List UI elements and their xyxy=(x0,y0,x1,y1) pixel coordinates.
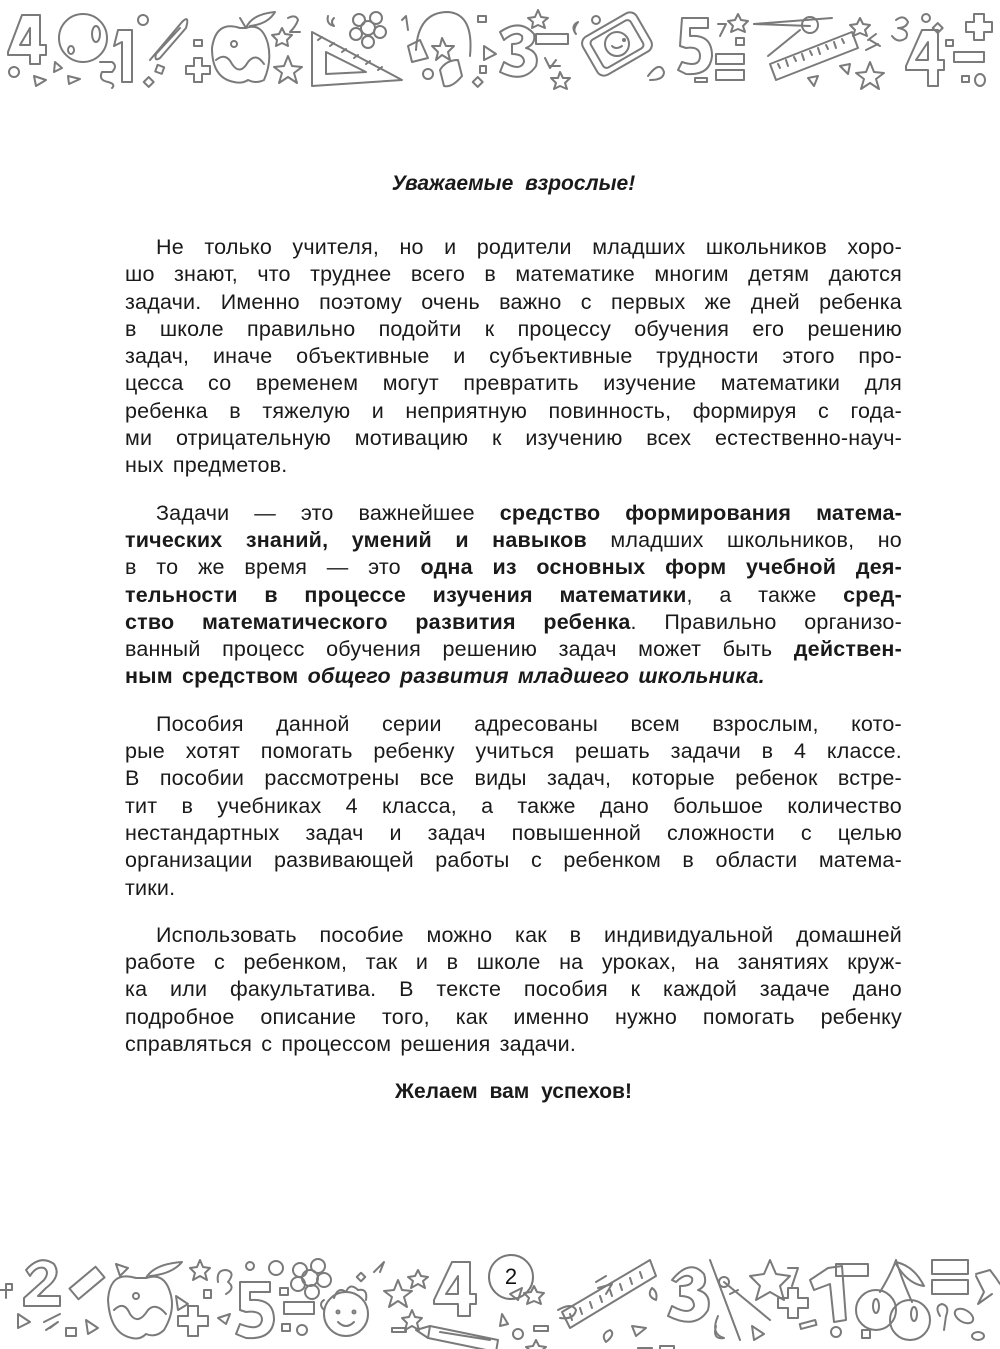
word: дано xyxy=(600,793,649,820)
number-four-doodle-icon xyxy=(8,15,46,64)
word: же xyxy=(198,554,225,581)
word: многим xyxy=(654,261,728,288)
word: изучению xyxy=(525,425,622,452)
word: задач xyxy=(428,820,486,847)
word: учителя, xyxy=(292,234,379,261)
word: в xyxy=(762,738,774,765)
ruler-doodle-icon-bottom xyxy=(562,1260,656,1328)
plus-doodle-icon-right xyxy=(966,14,992,40)
word: естественно-науч- xyxy=(715,425,902,452)
word: в xyxy=(447,949,459,976)
word: В xyxy=(399,976,414,1003)
word: в xyxy=(229,398,241,425)
word: задач xyxy=(305,820,363,847)
word: адресованы xyxy=(474,711,598,738)
word: математики, xyxy=(559,582,692,609)
closing-greeting: Желаем вам успехов! xyxy=(125,1078,902,1105)
word: организации xyxy=(125,847,252,874)
word: как xyxy=(456,1004,488,1031)
word: решать xyxy=(575,738,650,765)
word: которые xyxy=(631,765,714,792)
word: умений xyxy=(352,527,432,554)
word: также xyxy=(758,582,816,609)
text-line: Задачи—этоважнейшеесредствоформированиям… xyxy=(125,500,902,527)
number-five-doodle-icon-bottom xyxy=(236,1282,274,1338)
word: также xyxy=(517,793,575,820)
flower-doodle-icon xyxy=(350,12,386,48)
word: цесса xyxy=(125,370,184,397)
number-four-doodle-icon-right xyxy=(906,30,944,86)
paragraph: Задачи—этоважнейшеесредствоформированиям… xyxy=(125,500,902,691)
word: — xyxy=(327,554,349,581)
word: тических xyxy=(125,527,222,554)
word: знают, xyxy=(174,261,238,288)
word: области xyxy=(716,847,798,874)
word: дея- xyxy=(856,554,902,581)
word: шо xyxy=(125,261,155,288)
word: пособия xyxy=(524,976,608,1003)
word: но xyxy=(399,234,423,261)
word: в xyxy=(264,582,277,609)
word: в xyxy=(181,793,193,820)
word: и xyxy=(455,527,468,554)
text-line: Пособияданнойсерииадресованывсемвзрослым… xyxy=(125,711,902,738)
word: дней xyxy=(751,289,800,316)
bold-text: ным средством xyxy=(125,664,308,688)
text-line: Использоватьпособиеможнокаквиндивидуальн… xyxy=(125,922,902,949)
word: решению xyxy=(807,316,902,343)
text-line: ным средством общего развития младшего ш… xyxy=(125,663,902,690)
word: правильно xyxy=(247,316,355,343)
document-body: Уважаемые взрослые! Нетолькоучителя,ноир… xyxy=(125,170,902,1105)
word: тельности xyxy=(125,582,238,609)
word: класса, xyxy=(382,793,457,820)
word: трудности xyxy=(656,343,758,370)
word: учебной xyxy=(746,554,836,581)
word: повинность, xyxy=(549,398,672,425)
word: а xyxy=(481,793,493,820)
word: задач, xyxy=(547,765,611,792)
text-line: ребенкавтяжелуюинеприятнуюповинность,фор… xyxy=(125,398,902,425)
word: обучения xyxy=(326,636,421,663)
word: всего xyxy=(411,261,465,288)
word: индивидуальной xyxy=(604,922,773,949)
word: одна xyxy=(421,554,473,581)
bottom-decorative-border xyxy=(0,1230,1000,1349)
word: на xyxy=(559,949,583,976)
word: данной xyxy=(276,711,349,738)
word: задачи. xyxy=(125,289,201,316)
word: взрослым, xyxy=(712,711,818,738)
flower-doodle-icon-bottom xyxy=(291,1259,331,1299)
word: домашней xyxy=(796,922,902,949)
text-line: титвучебниках4класса,атакжеданобольшоеко… xyxy=(125,793,902,820)
text-line: тики. xyxy=(125,875,902,902)
word: Именно xyxy=(221,289,300,316)
word: подойти xyxy=(379,316,462,343)
word: важно xyxy=(499,289,561,316)
word: на xyxy=(695,949,719,976)
word: очень xyxy=(421,289,480,316)
word: даются xyxy=(829,261,902,288)
word: 4 xyxy=(346,793,358,820)
word: работе xyxy=(125,949,195,976)
text-line: каилифакультатива.Втекстепособияккаждойз… xyxy=(125,976,902,1003)
plus-doodle-icon xyxy=(186,58,210,82)
word: помогать xyxy=(261,738,353,765)
word: основных xyxy=(536,554,645,581)
top-decorative-border xyxy=(0,0,1000,100)
word: ребенком, xyxy=(243,949,347,976)
word: к xyxy=(485,316,495,343)
word: изучения xyxy=(433,582,533,609)
word: и xyxy=(444,234,456,261)
word: развивающей xyxy=(274,847,414,874)
number-two-doodle-icon xyxy=(24,1260,60,1306)
word: тяжелую xyxy=(262,398,350,425)
document-title: Уважаемые взрослые! xyxy=(125,170,902,197)
word: помогать xyxy=(703,1004,795,1031)
text-line: миотрицательнуюмотивациюкизучениювсехест… xyxy=(125,425,902,452)
paragraph: Пособияданнойсерииадресованывсемвзрослым… xyxy=(125,711,902,902)
word: серии xyxy=(382,711,442,738)
word: с xyxy=(801,820,812,847)
word: его xyxy=(752,316,784,343)
word: ребенка xyxy=(125,398,208,425)
word: неприятную xyxy=(405,398,527,425)
word: так xyxy=(366,949,398,976)
word: может xyxy=(638,636,701,663)
paragraph: Использоватьпособиеможнокаквиндивидуальн… xyxy=(125,922,902,1058)
word: хоро- xyxy=(847,234,902,261)
word: но xyxy=(878,527,902,554)
word: как xyxy=(515,922,547,949)
word: дано xyxy=(853,976,902,1003)
word: родители xyxy=(477,234,572,261)
word: это xyxy=(368,554,401,581)
text-line: задач,иначеобъективныеисубъективныетрудн… xyxy=(125,343,902,370)
text-run: тики. xyxy=(125,876,175,900)
word: уроках, xyxy=(602,949,676,976)
word: целью xyxy=(838,820,902,847)
text-line: рыехотятпомогатьребенкуучитьсярешатьзада… xyxy=(125,738,902,765)
text-line: шознают,чтотруднеевсеговматематикемногим… xyxy=(125,261,902,288)
word: форм xyxy=(665,554,726,581)
word: объективные xyxy=(296,343,429,370)
word: и xyxy=(416,949,428,976)
star-doodle-icon xyxy=(274,56,302,83)
word: рассмотрены xyxy=(264,765,399,792)
word: субъективные xyxy=(489,343,632,370)
word: В xyxy=(125,765,140,792)
word: только xyxy=(204,234,272,261)
word: и xyxy=(372,398,384,425)
word: средство xyxy=(500,500,601,527)
word: задач, xyxy=(125,343,189,370)
word: знаний, xyxy=(246,527,328,554)
word: действен- xyxy=(794,636,902,663)
plus-doodle-icon-bottom xyxy=(178,1306,208,1336)
word: школе xyxy=(160,316,224,343)
word: рые xyxy=(125,738,165,765)
word: ребенка. xyxy=(543,609,636,636)
word: сложности xyxy=(667,820,775,847)
word: матема- xyxy=(816,500,902,527)
word: иначе xyxy=(213,343,273,370)
word: ребенку xyxy=(373,738,454,765)
text-line: справляться с процессом решения задачи. xyxy=(125,1031,902,1058)
word: ребенка xyxy=(819,289,902,316)
number-five-doodle-icon xyxy=(678,18,712,74)
word: классе. xyxy=(827,738,902,765)
word: в xyxy=(125,554,137,581)
paperclip-doodle-icon xyxy=(150,19,187,60)
word: 4 xyxy=(794,738,806,765)
word: формируя xyxy=(693,398,797,425)
text-line: нестандартныхзадачизадачповышеннойсложно… xyxy=(125,820,902,847)
word: про- xyxy=(858,343,902,370)
word: труднее xyxy=(310,261,391,288)
text-run: ных предметов. xyxy=(125,453,287,477)
bold-italic-text: общего развития младшего школьника. xyxy=(308,664,765,688)
text-line: втожевремя—этооднаизосновныхформучебнойд… xyxy=(125,554,902,581)
word: временем xyxy=(256,370,358,397)
smiling-face-doodle-icon xyxy=(321,1286,368,1336)
word: процессу xyxy=(518,316,611,343)
word: ребенку xyxy=(821,1004,902,1031)
word: навыков xyxy=(492,527,587,554)
word: школе xyxy=(477,949,541,976)
word: ребенком xyxy=(563,847,661,874)
word: года- xyxy=(850,398,902,425)
word: что xyxy=(257,261,290,288)
word: задаче xyxy=(760,976,830,1003)
paragraphs-container: Нетолькоучителя,ноиродителимладшихшкольн… xyxy=(125,234,902,1058)
apple-doodle-icon xyxy=(212,12,275,83)
word: математики xyxy=(721,370,840,397)
word: количество xyxy=(787,793,902,820)
text-line: цессасовременеммогутпревратитьизучениема… xyxy=(125,370,902,397)
word: Не xyxy=(156,234,184,261)
pencil-doodle-icon xyxy=(416,1326,498,1349)
word: всех xyxy=(646,425,691,452)
text-line: организацииразвивающейработысребенкомвоб… xyxy=(125,847,902,874)
word: Пособия xyxy=(156,711,244,738)
word: работы xyxy=(435,847,509,874)
word: пособие xyxy=(320,922,404,949)
word: ми xyxy=(125,425,152,452)
text-run: справляться с процессом решения задачи. xyxy=(125,1032,576,1056)
word: быть xyxy=(723,636,773,663)
word: в xyxy=(484,261,496,288)
word: всем xyxy=(630,711,679,738)
word: описание xyxy=(260,1004,356,1031)
number-three-doodle-icon-bottom xyxy=(668,1267,709,1322)
text-line: Нетолькоучителя,ноиродителимладшихшкольн… xyxy=(125,234,902,261)
number-one-doodle-icon xyxy=(810,1266,846,1322)
word: сред- xyxy=(843,582,902,609)
word: детям xyxy=(748,261,809,288)
text-line: работесребенком,такившколенауроках,назан… xyxy=(125,949,902,976)
text-line: подробноеописаниетого,какименнонужнопомо… xyxy=(125,1004,902,1031)
word: формирования xyxy=(625,500,791,527)
word: мотивацию xyxy=(355,425,469,452)
word: ство xyxy=(125,609,174,636)
word: и xyxy=(389,820,401,847)
word: задачи xyxy=(671,738,741,765)
word: большое xyxy=(673,793,763,820)
number-three-doodle-icon xyxy=(500,25,537,76)
word: занятиях xyxy=(738,949,829,976)
word: матема- xyxy=(819,847,902,874)
word: ванный xyxy=(125,636,201,663)
word: с xyxy=(818,398,829,425)
text-line: тельностивпроцессеизученияматематики,ата… xyxy=(125,582,902,609)
word: каждой xyxy=(663,976,737,1003)
word: школьников xyxy=(706,234,827,261)
word: математике xyxy=(515,261,635,288)
word: изучение xyxy=(603,370,696,397)
word: это xyxy=(301,500,334,527)
text-line: ствоматематическогоразвитияребенка.Прави… xyxy=(125,609,902,636)
word: нестандартных xyxy=(125,820,280,847)
word: факультатива. xyxy=(230,976,376,1003)
word: Правильно xyxy=(664,609,776,636)
word: школьников, xyxy=(727,527,854,554)
word: младших xyxy=(592,234,685,261)
word: решению xyxy=(443,636,538,663)
number-four-doodle-icon-bottom xyxy=(434,1262,476,1316)
word: и xyxy=(453,343,465,370)
word: ребенок xyxy=(735,765,817,792)
word: все xyxy=(420,765,455,792)
word: из xyxy=(492,554,516,581)
word: важнейшее xyxy=(358,500,474,527)
word: со xyxy=(208,370,231,397)
word: процессе xyxy=(304,582,406,609)
word: время xyxy=(244,554,307,581)
word: пособии xyxy=(160,765,244,792)
word: в xyxy=(125,316,137,343)
word: первых xyxy=(611,289,685,316)
word: а xyxy=(719,582,731,609)
word: организо- xyxy=(804,609,902,636)
word: поэтому xyxy=(319,289,402,316)
word: развития xyxy=(415,609,515,636)
text-line: тическихзнаний,уменийинавыковмладшихшкол… xyxy=(125,527,902,554)
word: — xyxy=(254,500,276,527)
word: задач xyxy=(559,636,617,663)
word: к xyxy=(631,976,641,1003)
word: к xyxy=(492,425,502,452)
word: для xyxy=(865,370,902,397)
phone-doodle-icon xyxy=(579,9,655,78)
ball-doodle-icon xyxy=(59,14,107,62)
word: в xyxy=(682,847,694,874)
word: хотят xyxy=(186,738,240,765)
word: же xyxy=(705,289,732,316)
headphones-doodle-icon xyxy=(408,12,471,86)
ruler-doodle-icon xyxy=(770,32,858,80)
text-line: ванныйпроцессобучениярешениюзадачможетбы… xyxy=(125,636,902,663)
word: отрицательную xyxy=(176,425,331,452)
word: обучения xyxy=(634,316,729,343)
word: можно xyxy=(427,922,493,949)
word: или xyxy=(170,976,207,1003)
word: ка xyxy=(125,976,147,1003)
word: Использовать xyxy=(156,922,297,949)
word: повышенной xyxy=(512,820,641,847)
text-line: задачи.Именнопоэтомуоченьважноспервыхжед… xyxy=(125,289,902,316)
word: нужно xyxy=(615,1004,677,1031)
word: учиться xyxy=(475,738,554,765)
paragraph: Нетолькоучителя,ноиродителимладшихшкольн… xyxy=(125,234,902,480)
word: процесс xyxy=(222,636,305,663)
word: в xyxy=(570,922,582,949)
word: с xyxy=(581,289,592,316)
word: младших xyxy=(610,527,703,554)
word: круж- xyxy=(847,949,902,976)
word: Задачи xyxy=(156,500,229,527)
text-line: ных предметов. xyxy=(125,452,902,479)
word: учебниках xyxy=(217,793,321,820)
word: то xyxy=(156,554,178,581)
word: кото- xyxy=(851,711,902,738)
word: тексте xyxy=(436,976,501,1003)
word: с xyxy=(531,847,542,874)
word: того, xyxy=(382,1004,430,1031)
text-line: вшколеправильноподойтикпроцессуобученияе… xyxy=(125,316,902,343)
compass-doodle-icon xyxy=(754,17,832,56)
word: тит xyxy=(125,793,157,820)
word: с xyxy=(214,949,225,976)
word: превратить xyxy=(463,370,578,397)
word: этого xyxy=(782,343,834,370)
text-line: Впособиирассмотренывсевидызадач,которыер… xyxy=(125,765,902,792)
word: именно xyxy=(513,1004,589,1031)
word: могут xyxy=(383,370,439,397)
word: виды xyxy=(474,765,526,792)
word: математического xyxy=(202,609,388,636)
word: подробное xyxy=(125,1004,235,1031)
word: встре- xyxy=(838,765,902,792)
compass-doodle-icon-bottom xyxy=(710,1260,770,1340)
